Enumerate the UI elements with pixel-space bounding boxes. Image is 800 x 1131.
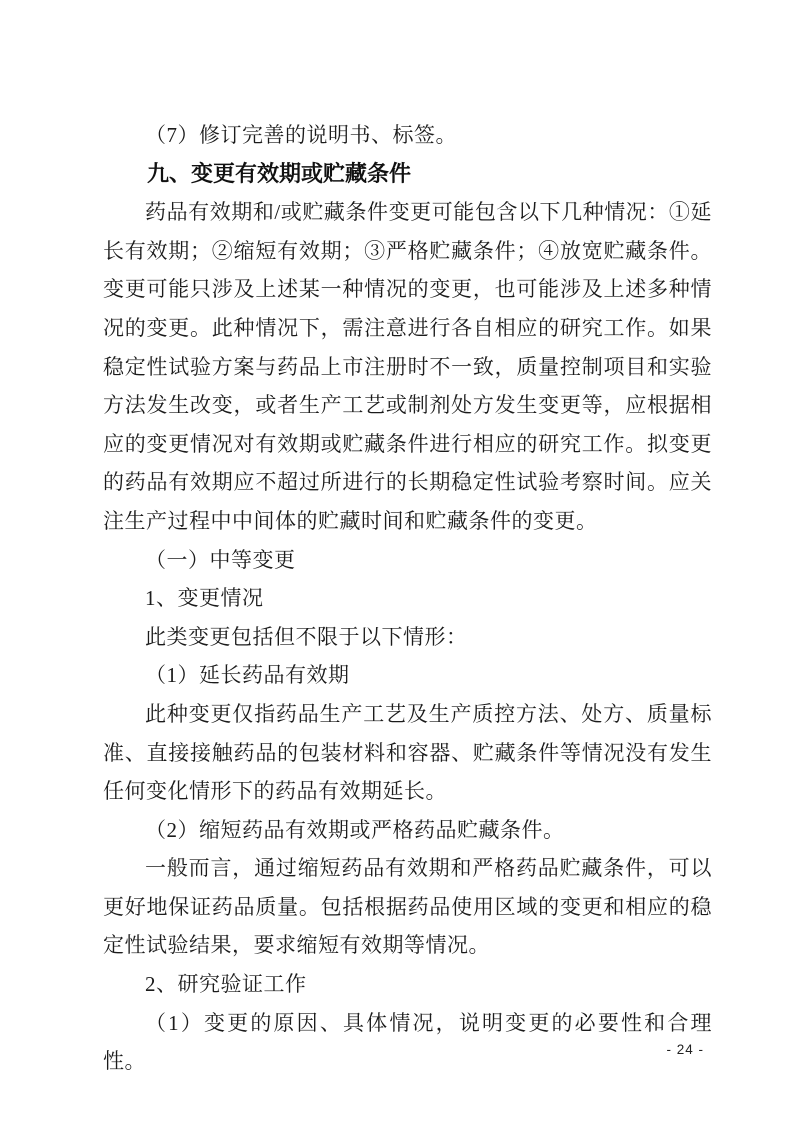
- paragraph-extend-detail: 此种变更仅指药品生产工艺及生产质控方法、处方、质量标准、直接接触药品的包装材料和…: [103, 695, 712, 811]
- page-number: - 24 -: [666, 1042, 704, 1057]
- subheading-shorten-validity: （2）缩短药品有效期或严格药品贮藏条件。: [103, 811, 712, 850]
- subheading-moderate-change: （一）中等变更: [103, 541, 712, 580]
- paragraph-item-7: （7）修订完善的说明书、标签。: [103, 116, 712, 155]
- paragraph-scope-intro: 此类变更包括但不限于以下情形：: [103, 618, 712, 657]
- paragraph-overview: 药品有效期和/或贮藏条件变更可能包含以下几种情况：①延长有效期；②缩短有效期；③…: [103, 193, 712, 540]
- subheading-extend-validity: （1）延长药品有效期: [103, 656, 712, 695]
- paragraph-research-item-1: （1）变更的原因、具体情况，说明变更的必要性和合理性。: [103, 1004, 712, 1081]
- document-content: （7）修订完善的说明书、标签。 九、变更有效期或贮藏条件 药品有效期和/或贮藏条…: [103, 116, 712, 1081]
- paragraph-shorten-detail: 一般而言，通过缩短药品有效期和严格药品贮藏条件，可以更好地保证药品质量。包括根据…: [103, 849, 712, 965]
- document-page: （7）修订完善的说明书、标签。 九、变更有效期或贮藏条件 药品有效期和/或贮藏条…: [0, 0, 800, 1131]
- subheading-change-situation: 1、变更情况: [103, 579, 712, 618]
- subheading-research-work: 2、研究验证工作: [103, 965, 712, 1004]
- section-heading: 九、变更有效期或贮藏条件: [103, 155, 712, 194]
